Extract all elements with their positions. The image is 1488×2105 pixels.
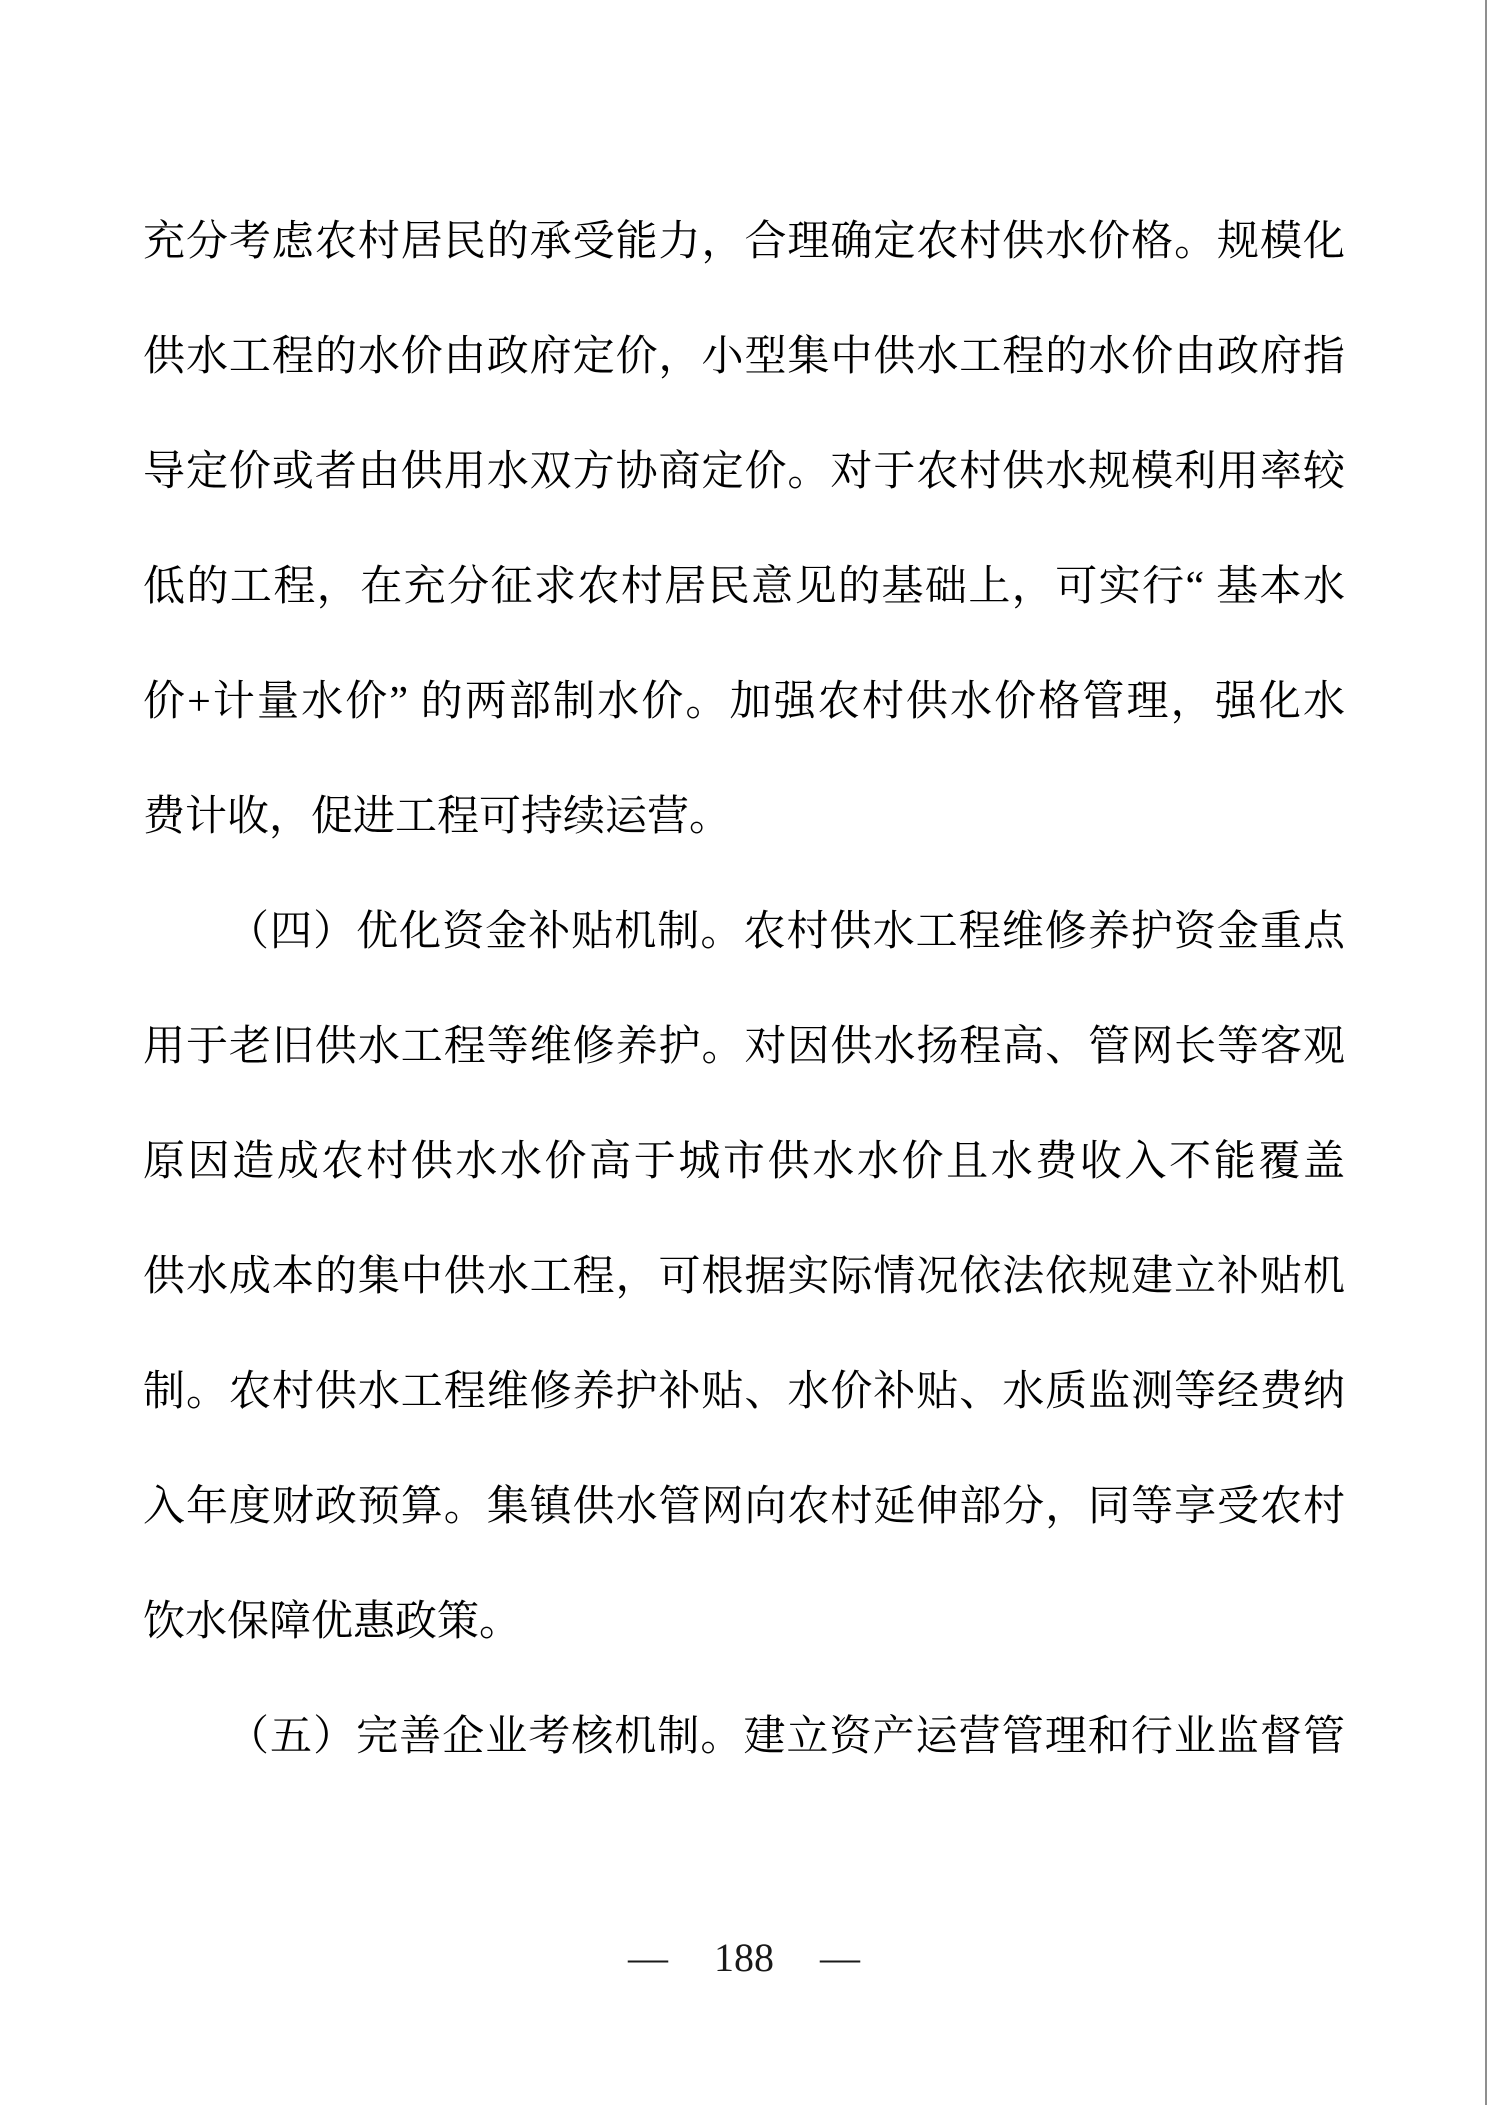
text-line: 充分考虑农村居民的承受能力，合理确定农村供水价格。规模化: [143, 185, 1345, 300]
text-line: 入年度财政预算。集镇供水管网向农村延伸部分，同等享受农村: [143, 1450, 1345, 1565]
text-line: 供水工程的水价由政府定价，小型集中供水工程的水价由政府指: [143, 300, 1345, 415]
page-footer: — 188 —: [0, 1930, 1488, 1986]
text-line: 用于老旧供水工程等维修养护。对因供水扬程高、管网长等客观: [143, 990, 1345, 1105]
footer-dash-right: —: [820, 1930, 860, 1986]
scan-edge-line: [1485, 0, 1487, 2105]
text-line: 费计收，促进工程可持续运营。: [143, 760, 1345, 875]
text-line: 饮水保障优惠政策。: [143, 1565, 1345, 1680]
footer-dash-left: —: [628, 1930, 668, 1986]
document-page: 充分考虑农村居民的承受能力，合理确定农村供水价格。规模化供水工程的水价由政府定价…: [0, 0, 1488, 2105]
text-line: （五）完善企业考核机制。建立资产运营管理和行业监督管: [143, 1680, 1345, 1795]
text-line: 原因造成农村供水水价高于城市供水水价且水费收入不能覆盖: [143, 1105, 1345, 1220]
text-line: 供水成本的集中供水工程，可根据实际情况依法依规建立补贴机: [143, 1220, 1345, 1335]
document-body: 充分考虑农村居民的承受能力，合理确定农村供水价格。规模化供水工程的水价由政府定价…: [143, 185, 1345, 1795]
text-line: 低的工程，在充分征求农村居民意见的基础上，可实行“ 基本水: [143, 530, 1345, 645]
text-line: 价+计量水价” 的两部制水价。加强农村供水价格管理，强化水: [143, 645, 1345, 760]
text-line: （四）优化资金补贴机制。农村供水工程维修养护资金重点: [143, 875, 1345, 990]
page-number: 188: [714, 1930, 774, 1986]
text-line: 导定价或者由供用水双方协商定价。对于农村供水规模利用率较: [143, 415, 1345, 530]
text-line: 制。农村供水工程维修养护补贴、水价补贴、水质监测等经费纳: [143, 1335, 1345, 1450]
